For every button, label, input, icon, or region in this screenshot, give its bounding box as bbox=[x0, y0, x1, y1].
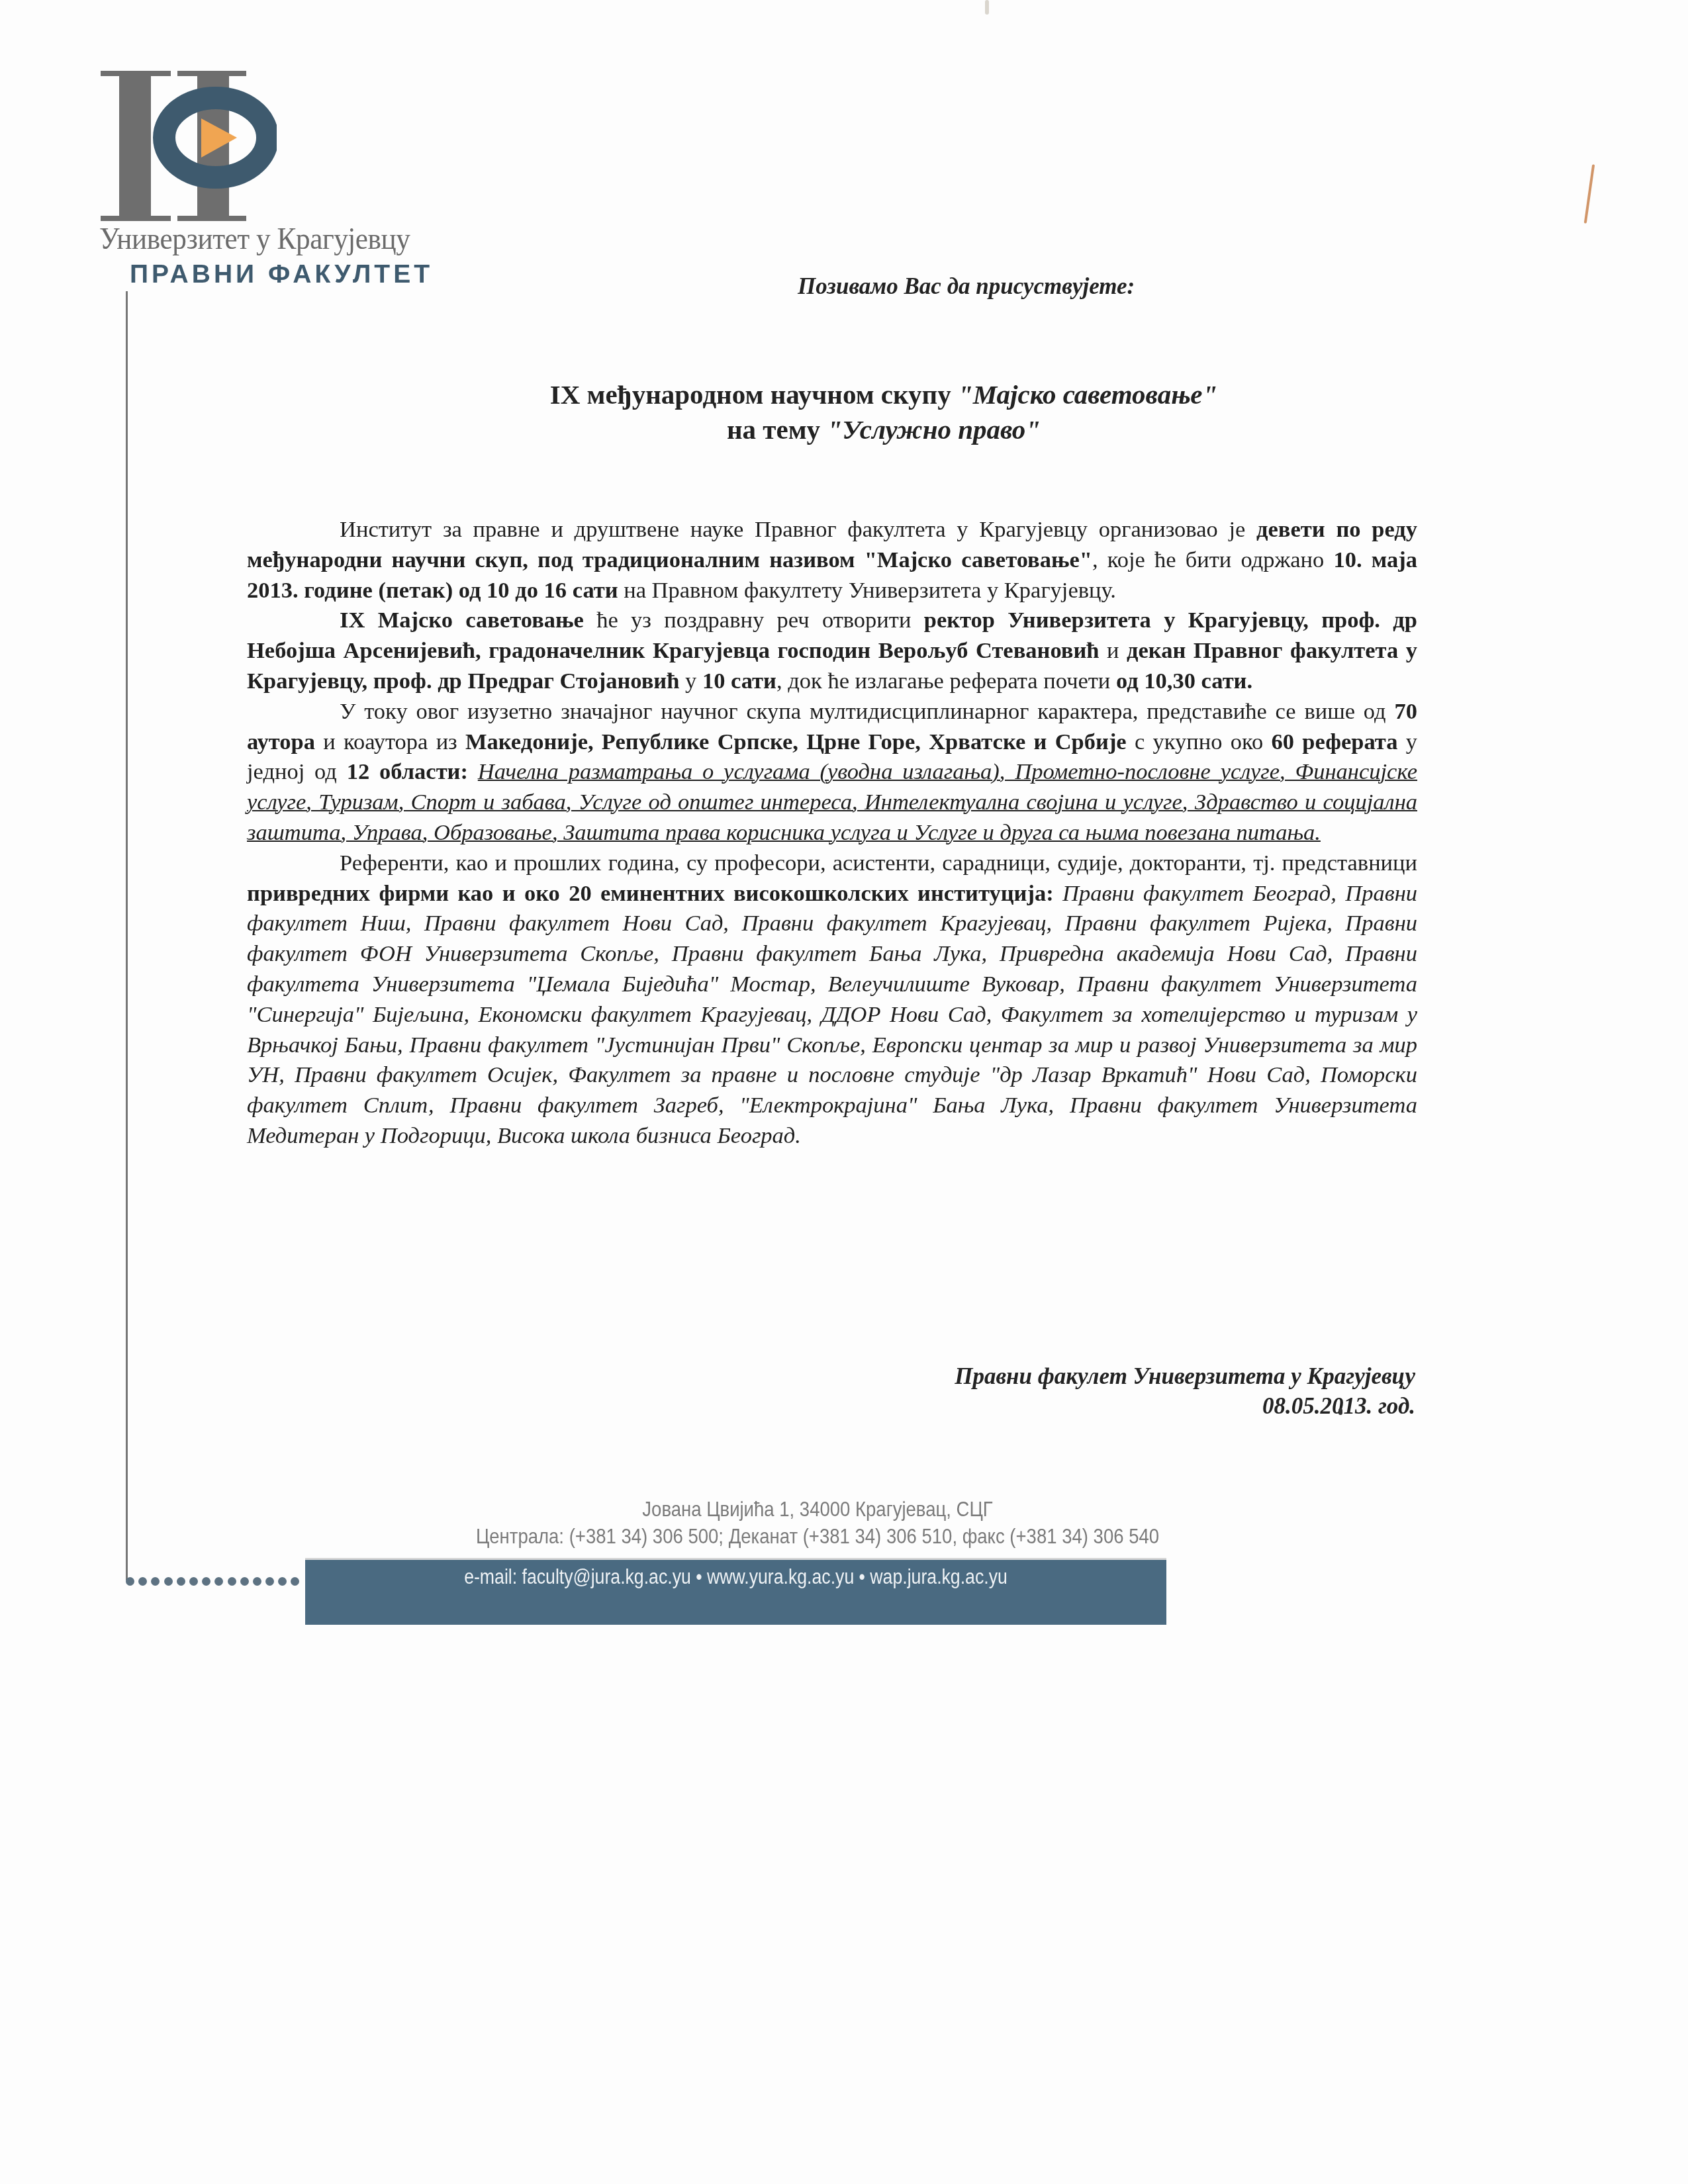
event-title: IX међународном научном скупу "Мајско са… bbox=[40, 379, 1688, 410]
footer-contact-line: e-mail: faculty@jura.kg.ac.yu • www.yura… bbox=[365, 1565, 1106, 1589]
invitation-line: Позивамо Вас да присуствујете: bbox=[798, 273, 1135, 300]
event-topic: на тему "Услужно право" bbox=[40, 414, 1688, 445]
topic-name: "Услужно право" bbox=[827, 414, 1041, 445]
university-name: Универзитет у Крагујевцу bbox=[99, 221, 410, 257]
letter-body: Институт за правне и друштвене науке Пра… bbox=[247, 515, 1417, 1152]
paragraph-organizer: Институт за правне и друштвене науке Пра… bbox=[247, 515, 1417, 606]
footer-phones: Централа: (+381 34) 306 500; Деканат (+3… bbox=[92, 1524, 1544, 1549]
left-margin-rule bbox=[126, 291, 128, 1580]
paragraph-participants: Референти, као и прошлих година, су проф… bbox=[247, 848, 1417, 1152]
paragraph-authors-topics: У току овог изузетно значајног научног с… bbox=[247, 697, 1417, 848]
footer-address: Јована Цвијића 1, 34000 Крагујевац, СЦГ bbox=[92, 1497, 1544, 1522]
signature-date: 08.05.2013. год. bbox=[1262, 1393, 1415, 1420]
pencil-mark bbox=[1584, 164, 1595, 224]
footer-dot-leader bbox=[126, 1577, 299, 1586]
topic-prefix: на тему bbox=[727, 414, 827, 445]
footer-contact-bar: e-mail: faculty@jura.kg.ac.yu • www.yura… bbox=[305, 1560, 1166, 1625]
title-prefix: IX међународном научном скупу bbox=[550, 379, 958, 410]
scan-speck bbox=[1338, 1408, 1342, 1415]
institutions-list: Правни факултет Београд, Правни факултет… bbox=[247, 881, 1417, 1148]
signature-institution: Правни факулет Универзитета у Крагујевцу bbox=[955, 1363, 1415, 1390]
scan-speck bbox=[985, 0, 989, 15]
event-name: "Мајско саветовање" bbox=[958, 379, 1217, 410]
law-faculty-emblem-icon bbox=[98, 69, 277, 222]
paragraph-opening: IX Мајско саветовање ће уз поздравну реч… bbox=[247, 606, 1417, 696]
faculty-name: ПРАВНИ ФАКУЛТЕТ bbox=[130, 260, 433, 289]
